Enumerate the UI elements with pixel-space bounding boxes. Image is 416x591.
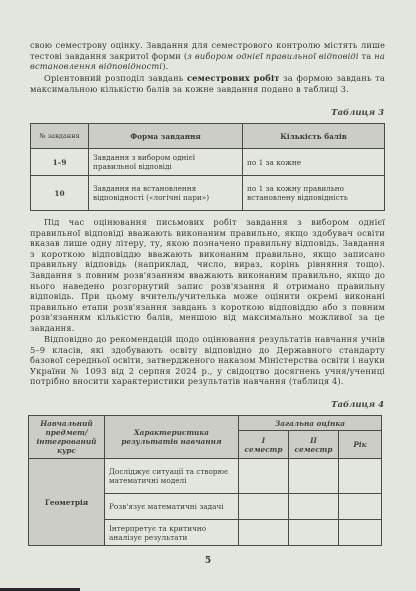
cell-form: Завдання на встановлення відповідності (…: [89, 176, 243, 211]
table3-header-row: № завдання Форма завдання Кількість балі…: [31, 124, 385, 149]
table3-caption: Таблиця 3: [331, 108, 384, 118]
para2-start: Орієнтовний розподіл завдань: [44, 73, 187, 83]
cell-points: по 1 за кожне: [243, 149, 385, 176]
intro-paragraph: свою семестрову оцінку. Завдання для сем…: [30, 40, 385, 72]
intro-end: ).: [162, 61, 168, 71]
header-points: Кількість балів: [243, 124, 385, 149]
table-3: № завдання Форма завдання Кількість балі…: [30, 123, 385, 211]
document-page: свою семестрову оцінку. Завдання для сем…: [0, 0, 416, 591]
table-row: 1–9 Завдання з вибором однієї правильної…: [31, 149, 385, 176]
cell-characteristic: Розв'язує математичні задачі: [105, 494, 239, 520]
cell-year[interactable]: [339, 494, 382, 520]
intro-mid: та: [359, 51, 375, 61]
grading-paragraph: Під час оцінювання письмових робіт завда…: [30, 217, 385, 334]
table-row: Геометрія Досліджує ситуації та створює …: [29, 459, 382, 494]
cell-subject: Геометрія: [29, 459, 105, 546]
header-subject: Навчальний предмет/ інтегрований курс: [29, 416, 105, 459]
header-form: Форма завдання: [89, 124, 243, 149]
header-year: Рік: [339, 431, 382, 459]
cell-form: Завдання з вибором однієї правильної від…: [89, 149, 243, 176]
cell-sem1[interactable]: [239, 494, 289, 520]
recommendation-paragraph: Відповідно до рекомендацій щодо оцінюван…: [30, 334, 385, 387]
page-number: 5: [0, 556, 416, 566]
header-overall: Загальна оцінка: [239, 416, 382, 431]
table4-caption: Таблиця 4: [331, 400, 384, 410]
header-number: № завдання: [31, 124, 89, 149]
cell-year[interactable]: [339, 520, 382, 546]
header-characteristic: Характеристика результатів навчання: [105, 416, 239, 459]
cell-sem1[interactable]: [239, 520, 289, 546]
header-sem2: II семестр: [289, 431, 339, 459]
cell-sem2[interactable]: [289, 520, 339, 546]
cell-points: по 1 за кожну правильно встановлену відп…: [243, 176, 385, 211]
table-row: 10 Завдання на встановлення відповідност…: [31, 176, 385, 211]
cell-number: 10: [31, 176, 89, 211]
para2-bold: семестрових робіт: [187, 73, 280, 83]
cell-sem1[interactable]: [239, 459, 289, 494]
cell-sem2[interactable]: [289, 494, 339, 520]
cell-number: 1–9: [31, 149, 89, 176]
para3-text: Під час оцінювання письмових робіт завда…: [30, 217, 385, 333]
cell-characteristic: Інтерпретує та критично аналізує результ…: [105, 520, 239, 546]
cell-year[interactable]: [339, 459, 382, 494]
intro-italic-1: з вибором однієї правильної відповіді: [187, 51, 358, 61]
cell-sem2[interactable]: [289, 459, 339, 494]
table-4: Навчальний предмет/ інтегрований курс Ха…: [28, 415, 382, 546]
cell-characteristic: Досліджує ситуації та створює математичн…: [105, 459, 239, 494]
header-sem1: I семестр: [239, 431, 289, 459]
table4-header-row-1: Навчальний предмет/ інтегрований курс Ха…: [29, 416, 382, 431]
para4-text: Відповідно до рекомендацій щодо оцінюван…: [30, 334, 385, 386]
distribution-paragraph: Орієнтовний розподіл завдань семестрових…: [30, 73, 385, 94]
